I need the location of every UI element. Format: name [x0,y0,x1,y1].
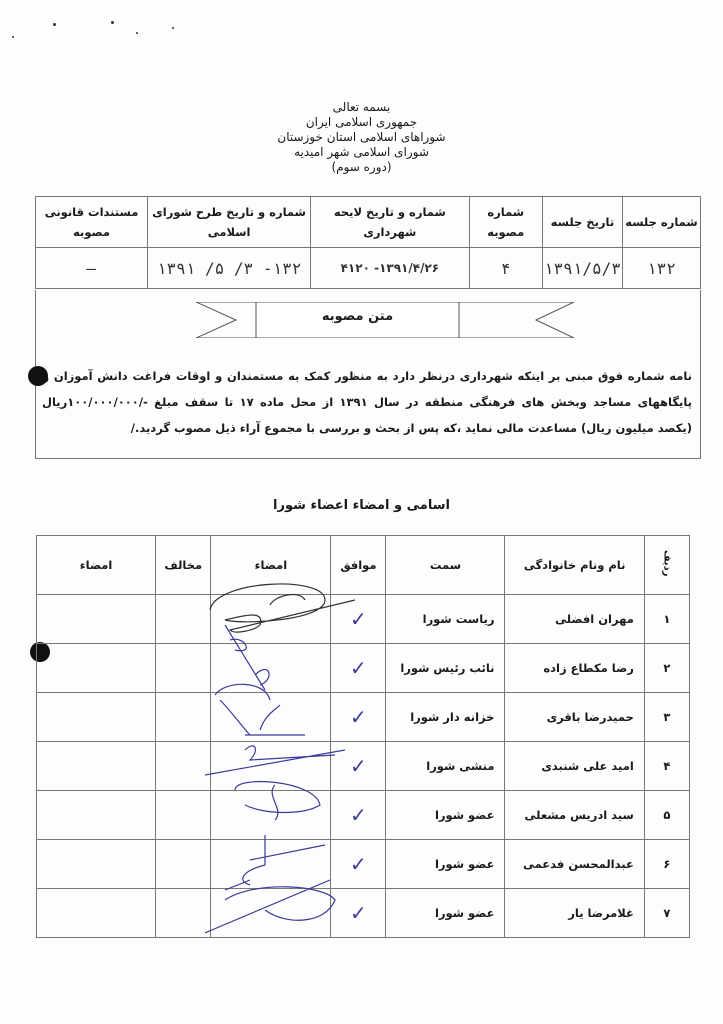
signature-cell [211,644,331,693]
agree-check: ✓ [331,595,386,644]
member-name: مهران افضلی [505,595,644,644]
header-session-no: شماره جلسه [622,197,700,248]
session-meta-table: شماره جلسه تاریخ جلسه شماره مصوبه شماره … [35,196,701,289]
value-plan-no-date: ۱۳۲- ۳/ ۵/ ۱۳۹۱ [148,248,311,289]
member-role: عضو شورا [386,840,505,889]
signature-cell-2 [37,840,156,889]
header-line: شوراهای اسلامی استان خوزستان [0,130,723,145]
agree-check: ✓ [331,742,386,791]
value-session-date: ۱۳۹۱/۵/۳ [542,248,622,289]
scan-speck [172,27,174,29]
table-row: ۳ حمیدرضا باقری خزانه دار شورا ✓ [37,693,690,742]
signature-cell [211,693,331,742]
signature-cell [211,889,331,938]
scan-speck [136,32,138,34]
scan-speck [53,23,56,26]
oppose-cell [156,791,211,840]
header-line: بسمه تعالی [0,100,723,115]
signature-cell-2 [37,742,156,791]
member-name: غلامرضا یار [505,889,644,938]
member-name: رضا مکطاع زاده [505,644,644,693]
member-role: عضو شورا [386,791,505,840]
scan-speck [111,21,114,24]
row-number: ۷ [644,889,689,938]
oppose-cell [156,742,211,791]
header-line: شورای اسلامی شهر امیدیه [0,145,723,160]
oppose-cell [156,840,211,889]
signature-cell [211,791,331,840]
agree-check: ✓ [331,644,386,693]
table-row: ۶ عبدالمحسن فدعمی عضو شورا ✓ [37,840,690,889]
header-name: نام ونام خانوادگی [505,536,644,595]
header-bill-no-date: شماره و تاریخ لایحه شهرداری [311,197,469,248]
value-session-no: ۱۳۲ [622,248,700,289]
member-role: خزانه دار شورا [386,693,505,742]
member-role: منشی شورا [386,742,505,791]
agree-check: ✓ [331,889,386,938]
header-legal-docs: مستندات قانونی مصوبه [36,197,148,248]
value-bill-no-date: ۱۳۹۱/۴/۲۶- ۴۱۲۰ [311,248,469,289]
header-agree: موافق [331,536,386,595]
resolution-title: متن مصوبه [256,300,459,334]
oppose-cell [156,889,211,938]
row-number: ۵ [644,791,689,840]
member-name: سید ادریس مشعلی [505,791,644,840]
row-number: ۶ [644,840,689,889]
signature-cell [211,595,331,644]
table-row: ۷ غلامرضا یار عضو شورا ✓ [37,889,690,938]
signature-cell [211,840,331,889]
header-oppose: مخالف [156,536,211,595]
signature-cell-2 [37,693,156,742]
row-number: ۳ [644,693,689,742]
value-resolution-no: ۴ [469,248,542,289]
agree-check: ✓ [331,840,386,889]
member-name: امید علی شنبدی [505,742,644,791]
signature-cell-2 [37,889,156,938]
row-number: ۴ [644,742,689,791]
table-row: ۴ امید علی شنبدی منشی شورا ✓ [37,742,690,791]
agree-check: ✓ [331,693,386,742]
member-role: ریاست شورا [386,595,505,644]
value-legal-docs: — [36,248,148,289]
scan-speck [12,36,14,38]
table-row: ۱ مهران افضلی ریاست شورا ✓ [37,595,690,644]
header-line: جمهوری اسلامی ایران [0,115,723,130]
agree-check: ✓ [331,791,386,840]
signature-cell-2 [37,791,156,840]
header-role: سمت [386,536,505,595]
member-role: نائب رئیس شورا [386,644,505,693]
table-row: ۲ رضا مکطاع زاده نائب رئیس شورا ✓ [37,644,690,693]
member-name: عبدالمحسن فدعمی [505,840,644,889]
signature-cell-2 [37,644,156,693]
members-table: ردیف نام ونام خانوادگی سمت موافق امضاء م… [36,535,690,938]
oppose-cell [156,644,211,693]
members-title: اسامی و امضاء اعضاء شورا [0,498,723,513]
signature-cell-2 [37,595,156,644]
header-plan-no-date: شماره و تاریخ طرح شورای اسلامی [148,197,311,248]
row-number: ۱ [644,595,689,644]
row-number: ۲ [644,644,689,693]
header-line: (دوره سوم) [0,160,723,175]
member-role: عضو شورا [386,889,505,938]
header-row-number: ردیف [644,536,689,595]
header-resolution-no: شماره مصوبه [469,197,542,248]
oppose-cell [156,595,211,644]
signature-cell [211,742,331,791]
oppose-cell [156,693,211,742]
header-signature-2: امضاء [37,536,156,595]
header-session-date: تاریخ جلسه [542,197,622,248]
resolution-text: نامه شماره فوق مبنی بر اینکه شهرداری درن… [42,363,692,441]
punch-hole [28,366,48,386]
header-signature: امضاء [211,536,331,595]
member-name: حمیدرضا باقری [505,693,644,742]
document-header: بسمه تعالی جمهوری اسلامی ایران شوراهای ا… [0,100,723,175]
table-row: ۵ سید ادریس مشعلی عضو شورا ✓ [37,791,690,840]
